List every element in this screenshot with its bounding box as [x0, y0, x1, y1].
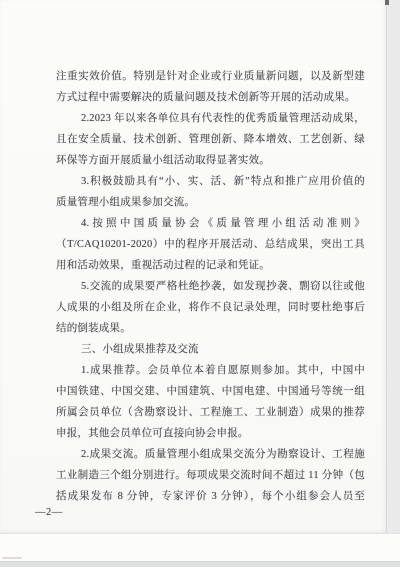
scanned-page-photo: 注重实效价值。特别是针对企业或行业质量新问题，以及新型建造方式过程中需要解决的质…: [0, 0, 400, 567]
photo-background-bottom: [0, 561, 400, 567]
page-number: —2—: [35, 506, 63, 520]
text-line: 2.成果交流。质量管理小组成果交流分为勘察设计、工程施工、: [56, 444, 365, 465]
text-line: 注重实效价值。特别是针对企业或行业质量新问题，以及新型建造: [56, 66, 365, 87]
document-body-text: 注重实效价值。特别是针对企业或行业质量新问题，以及新型建造方式过程中需要解决的质…: [56, 66, 365, 507]
text-line: （T/CAQ10201-2020）中的程序开展活动、总结成果，突出工具应: [56, 234, 365, 255]
text-line: 人成果的小组及所在企业，将作不良记录处理，同时要杜绝事后总: [56, 297, 365, 318]
text-line: 括成果发布 8 分钟，专家评价 3 分钟），每个小组参会人员至: [56, 486, 365, 507]
photo-background-right: [386, 0, 400, 533]
text-line: 且在安全质量、技术创新、管理创新、降本增效、工艺创新、绿色: [56, 129, 365, 150]
bottom-smudge-artifact: [2, 557, 22, 559]
document-page: 注重实效价值。特别是针对企业或行业质量新问题，以及新型建造方式过程中需要解决的质…: [0, 0, 386, 533]
text-line: 1.成果推荐。会员单位本着自愿原则参加。其中，中国中铁、: [56, 360, 365, 381]
underlying-sheet-edge: [0, 533, 400, 561]
text-line: 申报，其他会员单位可直接向协会申报。: [56, 423, 365, 444]
text-line: 5.交流的成果要严格杜绝抄袭，如发现抄袭、剽窃以往或他: [56, 276, 365, 297]
text-line: 质量管理小组成果参加交流。: [56, 192, 365, 213]
text-line: 用和活动效果，重视活动过程的记录和凭证。: [56, 255, 365, 276]
text-line: 环保等方面开展质量小组活动取得显著实效。: [56, 150, 365, 171]
text-line: 所属会员单位（含勘察设计、工程施工、工业制造）成果的推荐和: [56, 402, 365, 423]
text-line: 三、小组成果推荐及交流: [56, 339, 365, 360]
text-line: 3.积极鼓励具有“小、实、活、新”特点和推广应用价值的: [56, 171, 365, 192]
text-line: 结的倒装成果。: [56, 318, 365, 339]
text-line: 2.2023 年以来各单位具有代表性的优秀质量管理活动成果，: [56, 108, 365, 129]
text-line: 4.按照中国质量协会《质量管理小组活动准则》: [56, 213, 365, 234]
text-line: 方式过程中需要解决的质量问题及技术创新等开展的活动成果。: [56, 87, 365, 108]
text-line: 中国铁建、中国交建、中国建筑、中国电建、中国通号等统一组织: [56, 381, 365, 402]
text-line: 工业制造三个组分别进行。每项成果交流时间不超过 11 分钟（包: [56, 465, 365, 486]
corner-artifact-mark: [385, 0, 389, 5]
